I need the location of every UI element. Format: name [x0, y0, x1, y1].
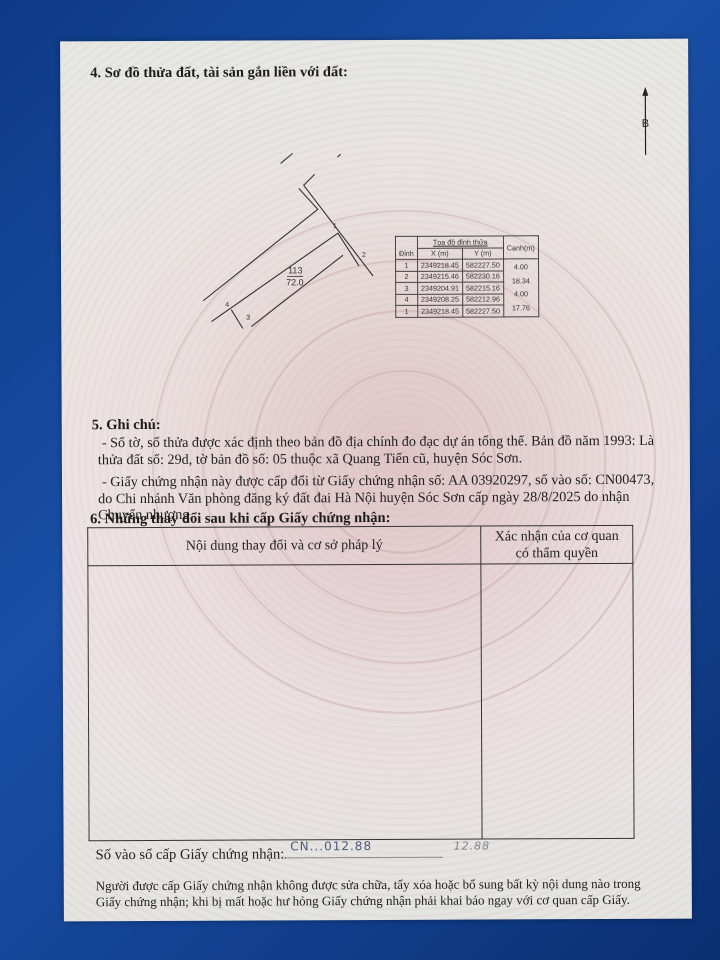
svg-text:72.0: 72.0 [286, 277, 304, 287]
handwritten-note: 12.88 [454, 840, 491, 853]
section5-title: 5. Ghi chú: [92, 417, 161, 434]
y-header: Y (m) [462, 247, 503, 259]
edge-lengths: 4.00 18.34 4.00 17.76 [503, 259, 538, 317]
authority-confirmation-cell[interactable] [481, 563, 634, 839]
parcel-diagram: 1 2 4 113 72.0 [191, 148, 402, 329]
coord-row: 1 2349218.45 582227.50 4.00 18.34 4.00 1… [396, 259, 539, 271]
svg-text:4: 4 [225, 302, 229, 309]
vertex-header: Đỉnh [395, 248, 417, 260]
change-content-cell[interactable] [88, 564, 482, 841]
registration-number-line: Số vào sổ cấp Giấy chứng nhận:CN...012.8… [96, 843, 443, 865]
changes-table: Nội dung thay đổi và cơ sở pháp lý Xác n… [87, 525, 634, 841]
x-header: X (m) [417, 248, 462, 260]
vertex-label-3: 3 [246, 311, 250, 328]
registration-label: Số vào sổ cấp Giấy chứng nhận: [96, 846, 285, 863]
footer-warning: Người được cấp Giấy chứng nhận không đượ… [96, 876, 656, 910]
authority-header: Xác nhận của cơ quan có thẩm quyền [481, 525, 633, 564]
certificate-page: 4. Sơ đồ thửa đất, tài sản gắn liền với … [60, 39, 692, 922]
svg-text:1: 1 [333, 223, 337, 230]
svg-text:2: 2 [362, 252, 366, 259]
edge-header: Cạnh(m) [503, 236, 538, 259]
content-header: Nội dung thay đổi và cơ sở pháp lý [88, 526, 481, 566]
svg-text:B: B [642, 118, 649, 130]
coord-group-header: Tọa độ đỉnh thửa [417, 236, 503, 248]
registration-handwritten-value: CN...012.88 [290, 839, 372, 853]
svg-text:113: 113 [288, 265, 302, 275]
north-arrow-icon: B [635, 87, 655, 157]
vertex-coordinate-table: Tọa độ đỉnh thửa Cạnh(m) Đỉnh X (m) Y (m… [395, 235, 539, 317]
registration-number-field: CN...012.88 [284, 843, 442, 859]
note-1: - Số tờ, số thửa được xác định theo bản … [102, 433, 662, 468]
section4-title: 4. Sơ đồ thửa đất, tài sản gắn liền với … [90, 64, 348, 82]
